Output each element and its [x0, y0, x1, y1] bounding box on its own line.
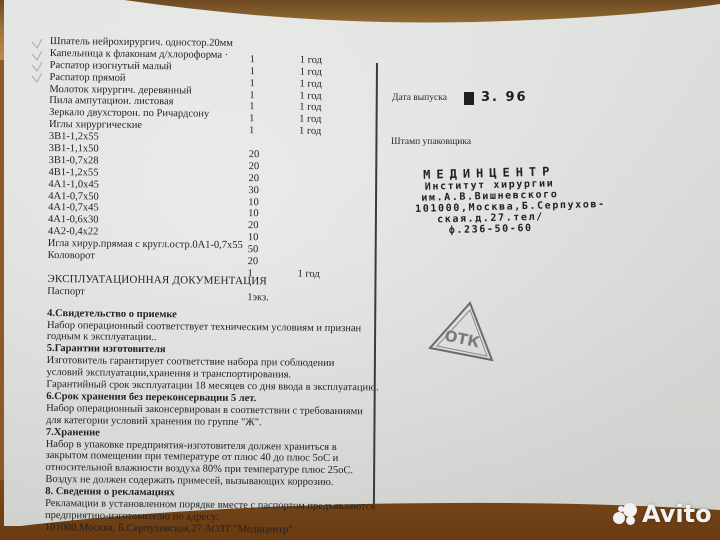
items-table: Шпатель нейрохирургич. одностор.20ммКапе… — [48, 36, 370, 277]
release-date-value: 3. 96 — [461, 90, 528, 105]
avito-dots-icon — [613, 503, 639, 525]
passport-qty: 1экз. — [247, 292, 269, 304]
item-name: 3В1-0,7х28 — [49, 155, 99, 167]
release-date-label: Дата выпуска — [392, 93, 447, 103]
item-name: 4А1-0,6х30 — [48, 214, 99, 226]
item-name: Коловорот — [48, 250, 95, 262]
item-name: 4А1-0,7х50 — [48, 191, 99, 203]
avito-brand-text: Avito — [642, 500, 712, 528]
passport-label: Паспорт — [47, 286, 85, 298]
document-sections: 4.Свидетельство о приемкеНабор операцион… — [45, 308, 367, 538]
item-name: Распатор прямой — [50, 72, 126, 85]
item-name: 3В1-1,1х50 — [49, 143, 99, 155]
company-stamp: МЕДИНЦЕНТР Институт хирургии им.А.В.Вишн… — [414, 164, 566, 237]
item-name: 4В1-1,2х55 — [49, 167, 99, 179]
avito-watermark: Avito — [613, 500, 712, 528]
stamp-line: ская.д.27.тел/ф.236-50-60 — [415, 211, 566, 237]
item-name: 3В1-1,2х55 — [49, 131, 99, 143]
item-name: 4А1-1,0х45 — [48, 179, 99, 191]
left-page: Шпатель нейрохирургич. одностор.20ммКапе… — [45, 36, 370, 537]
otk-quality-mark-icon: ОТК — [426, 300, 496, 364]
packer-stamp-label: Штамп упаковщика — [391, 137, 471, 147]
release-date-text: 3. 96 — [481, 90, 528, 105]
item-name: Иглы хирургические — [49, 119, 142, 132]
item-name: 4А2-0,4х22 — [48, 226, 99, 238]
item-name: 4А1-0,7х45 — [48, 202, 99, 214]
